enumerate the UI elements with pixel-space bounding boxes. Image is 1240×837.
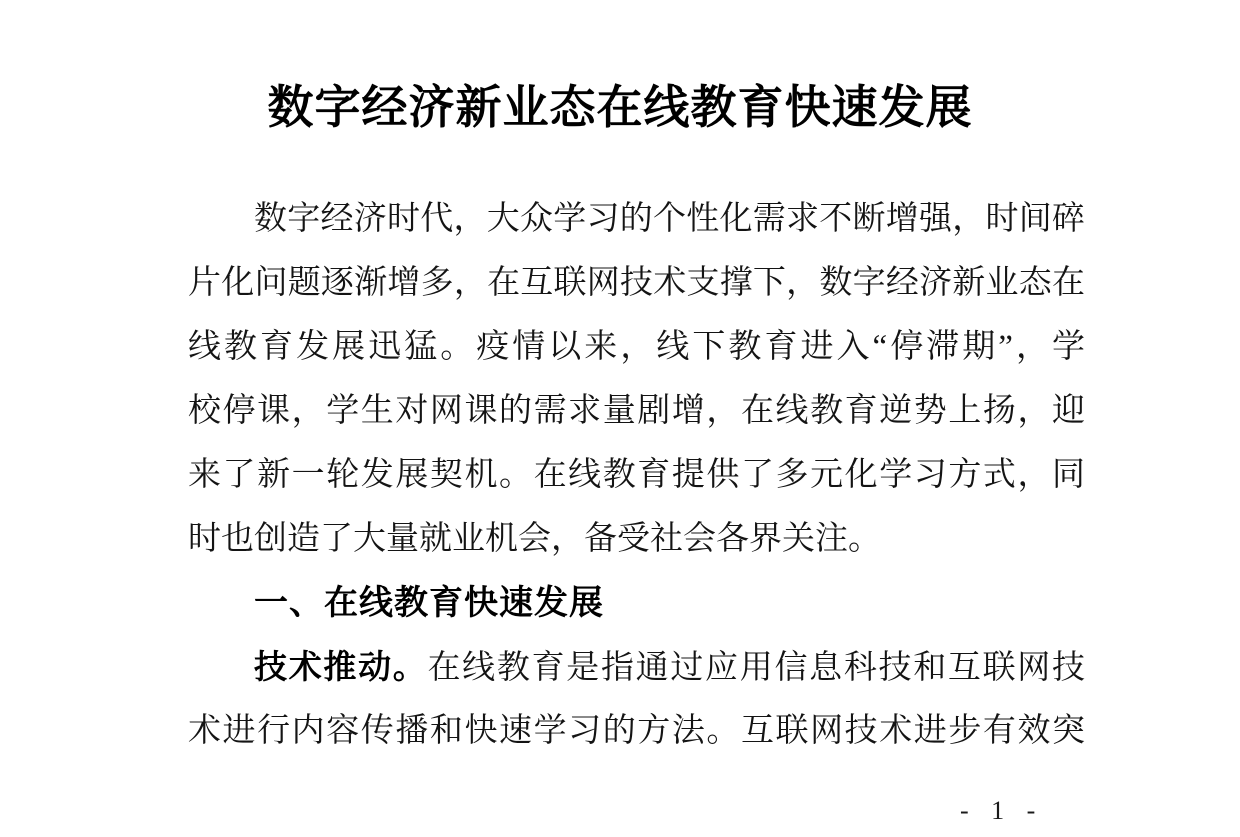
paragraph1-line-5: 来了新一轮发展契机。在线教育提供了多元化学习方式，同 <box>188 443 1085 507</box>
paragraph2-line-2: 术进行内容传播和快速学习的方法。互联网技术进步有效突 <box>188 699 1085 763</box>
page-number: - 1 - <box>960 797 1120 825</box>
document-body: 数字经济时代，大众学习的个性化需求不断增强，时间碎 片化问题逐渐增多，在互联网技… <box>188 187 1085 763</box>
paragraph1-line-6: 时也创造了大量就业机会，备受社会各界关注。 <box>188 507 1085 571</box>
paragraph1-line-3: 线教育发展迅猛。疫情以来，线下教育进入“停滞期”，学 <box>188 315 1085 379</box>
paragraph2-lead-in: 技术推动。 <box>254 648 427 685</box>
document-title: 数字经济新业态在线教育快速发展 <box>0 80 1240 136</box>
paragraph2-line-1-text: 在线教育是指通过应用信息科技和互联网技 <box>427 650 1085 686</box>
document-page: 数字经济新业态在线教育快速发展 数字经济时代，大众学习的个性化需求不断增强，时间… <box>0 0 1240 837</box>
paragraph2-line-1: 技术推动。在线教育是指通过应用信息科技和互联网技 <box>188 635 1085 699</box>
paragraph1-line-4: 校停课，学生对网课的需求量剧增，在线教育逆势上扬，迎 <box>188 379 1085 443</box>
section-heading: 一、在线教育快速发展 <box>188 571 1085 635</box>
paragraph1-line-2: 片化问题逐渐增多，在互联网技术支撑下，数字经济新业态在 <box>188 251 1085 315</box>
paragraph1-line-1: 数字经济时代，大众学习的个性化需求不断增强，时间碎 <box>188 187 1085 251</box>
